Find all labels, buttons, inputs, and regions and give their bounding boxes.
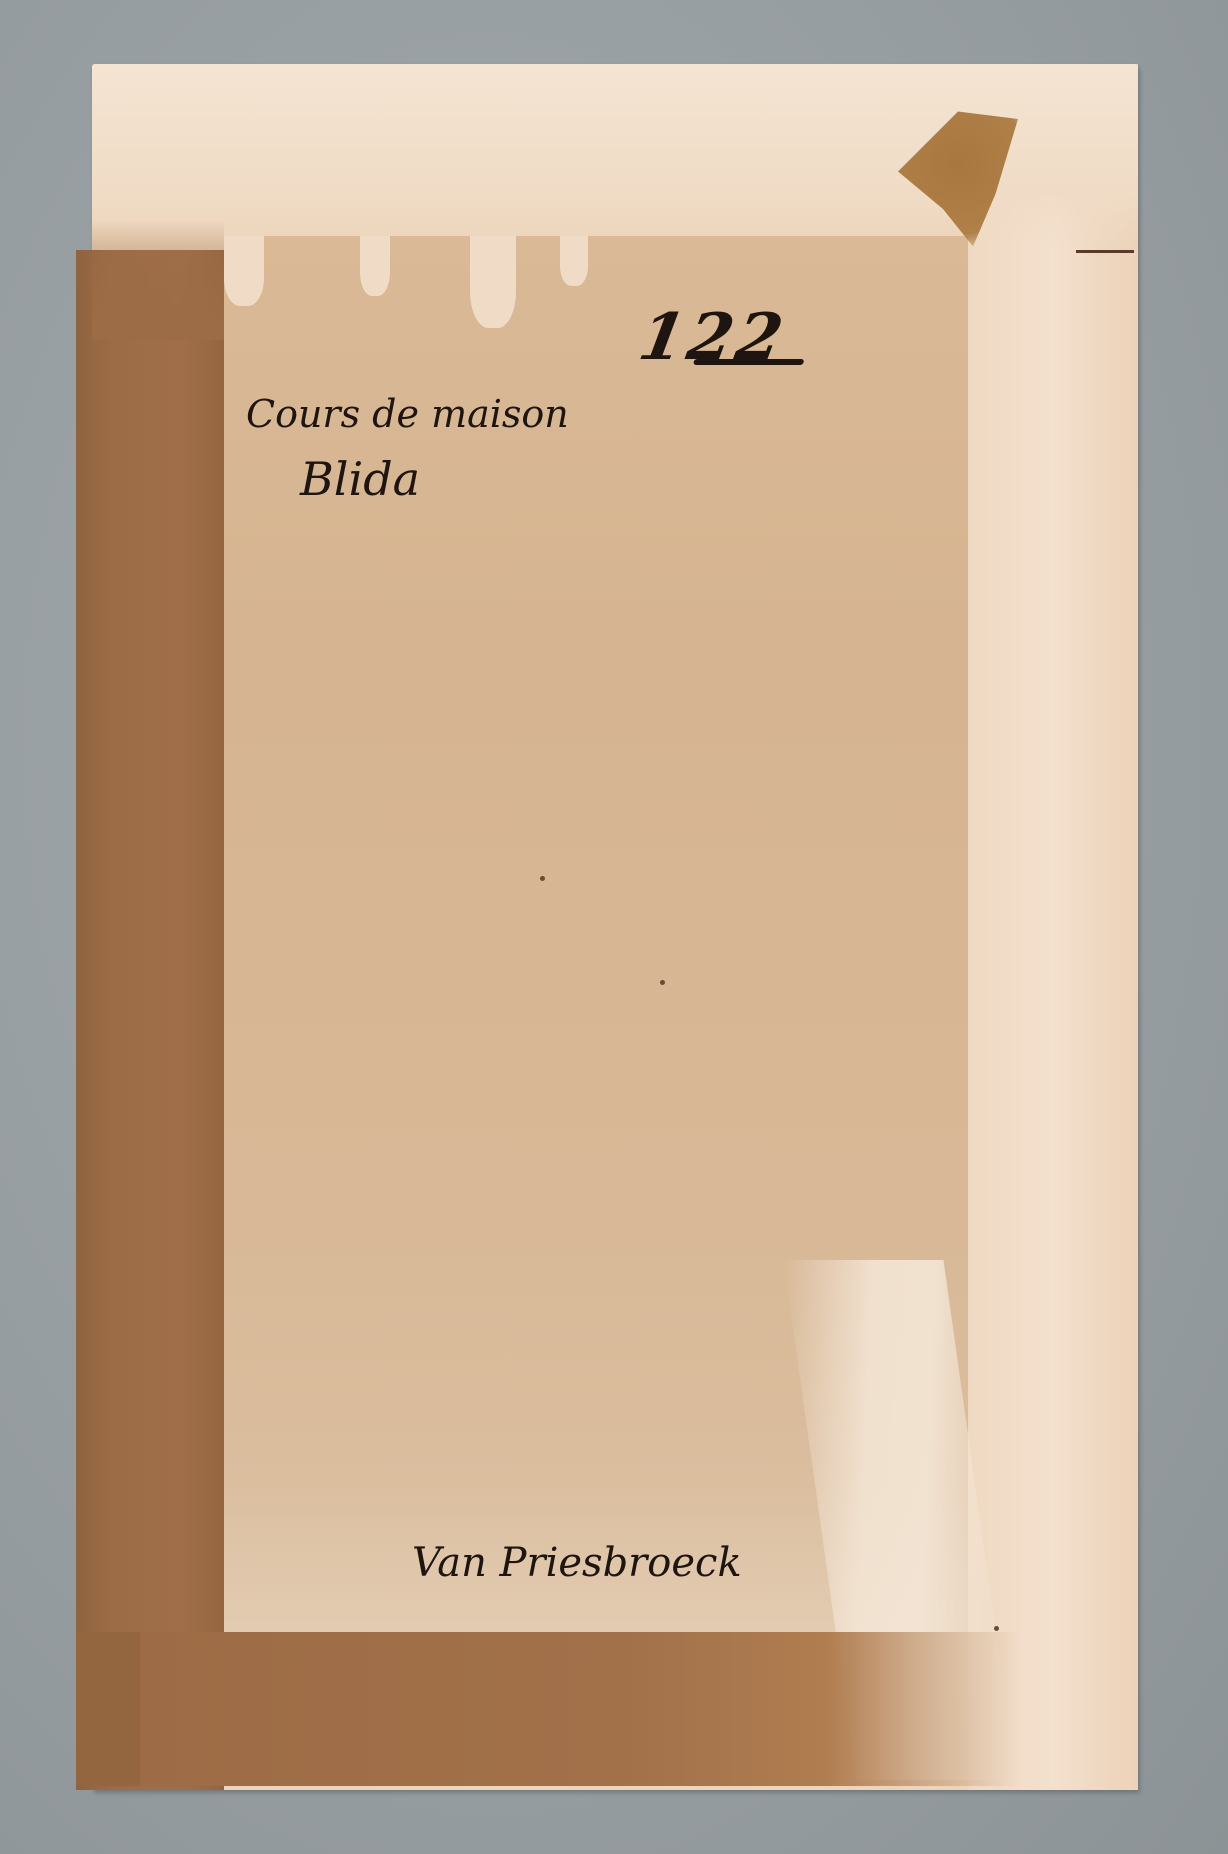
handwritten-title: Cours de maison [246, 392, 569, 436]
water-drip [224, 236, 264, 306]
paper-right-margin [968, 64, 1138, 1790]
water-drip [360, 236, 390, 296]
speck [540, 876, 545, 881]
bottom-stain-strip [140, 1632, 1020, 1786]
speck [994, 1626, 999, 1631]
edge-mark [1076, 250, 1134, 253]
speck [660, 980, 665, 985]
inventory-number: 122 [633, 300, 792, 375]
left-stain-strip [76, 250, 224, 1790]
water-drip [470, 236, 516, 328]
left-stain-fade [92, 220, 224, 340]
artist-signature: Van Priesbroeck [412, 1540, 742, 1586]
water-drip [560, 236, 588, 286]
handwritten-place: Blida [300, 452, 420, 506]
